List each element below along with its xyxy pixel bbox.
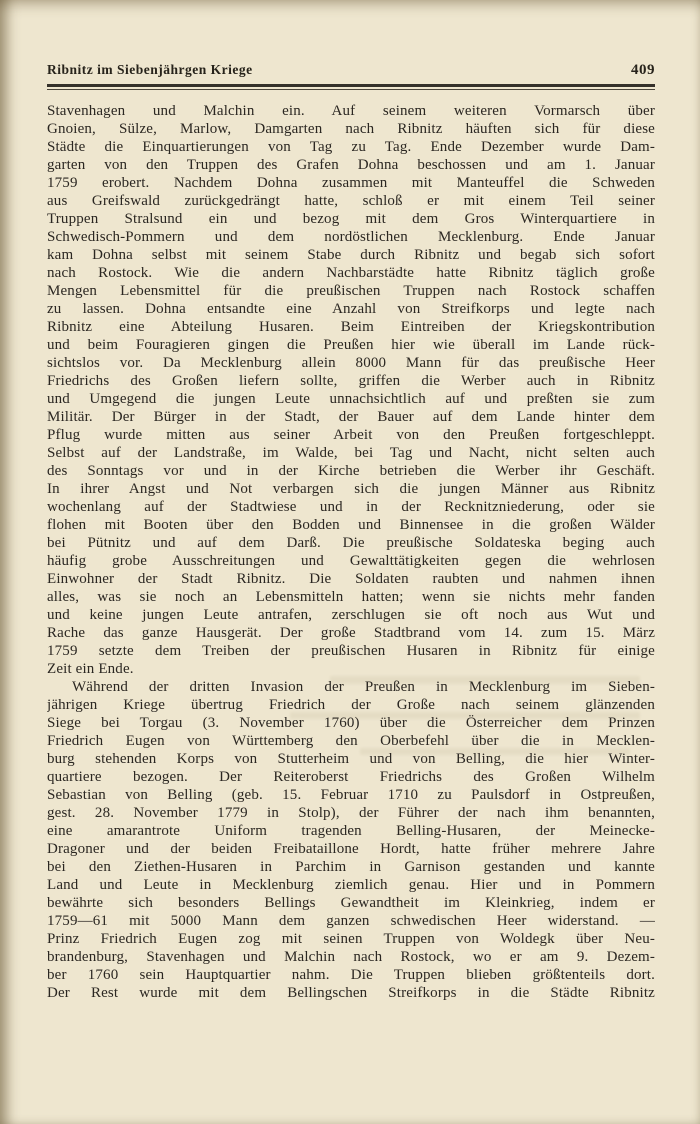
text-line: und keine jungen Leute antrafen, zerschl… [47, 606, 655, 624]
page-header: Ribnitz im Siebenjährgen Kriege 409 [47, 62, 655, 79]
header-rule [47, 84, 655, 90]
text-line: 1759 setzte dem Treiben der preußischen … [47, 642, 655, 660]
text-line: Sebastian von Belling (geb. 15. Februar … [47, 786, 655, 804]
text-line: Städte die Einquartierungen von Tag zu T… [47, 138, 655, 156]
text-line: Einwohner der Stadt Ribnitz. Die Soldate… [47, 570, 655, 588]
text-line: sichtslos vor. Da Mecklenburg allein 800… [47, 354, 655, 372]
text-line: Während der dritten Invasion der Preußen… [47, 678, 655, 696]
text-line: burg stehenden Korps von Stutterheim und… [47, 750, 655, 768]
text-line: Friedrich Eugen von Württemberg den Ober… [47, 732, 655, 750]
text-line: aus Greifswald zurückgedrängt hatte, sch… [47, 192, 655, 210]
text-line: Ribnitz eine Abteilung Husaren. Beim Ein… [47, 318, 655, 336]
text-line: und beim Fouragieren gingen die Preußen … [47, 336, 655, 354]
text-line: Siege bei Torgau (3. November 1760) über… [47, 714, 655, 732]
text-line: Gnoien, Sülze, Marlow, Damgarten nach Ri… [47, 120, 655, 138]
text-line: alles, was sie noch an Lebensmitteln hat… [47, 588, 655, 606]
text-line: flohen mit Booten über den Bodden und Bi… [47, 516, 655, 534]
page-number: 409 [631, 62, 655, 79]
text-line: Stavenhagen und Malchin ein. Auf seinem … [47, 102, 655, 120]
text-line: Prinz Friedrich Eugen zog mit seinen Tru… [47, 930, 655, 948]
text-line: Pflug wurde mitten aus seiner Arbeit von… [47, 426, 655, 444]
text-line: Schwedisch-Pommern und dem nordöstlichen… [47, 228, 655, 246]
text-line: Zeit ein Ende. [47, 660, 655, 678]
text-line: ber 1760 sein Hauptquartier nahm. Die Tr… [47, 966, 655, 984]
text-line: eine amarantrote Uniform tragenden Belli… [47, 822, 655, 840]
header-rule-thick [47, 84, 655, 87]
text-line: garten von den Truppen des Grafen Dohna … [47, 156, 655, 174]
running-title: Ribnitz im Siebenjährgen Kriege [47, 62, 253, 78]
book-page-scan: Ribnitz im Siebenjährgen Kriege 409 Stav… [0, 0, 700, 1124]
text-line: Militär. Der Bürger in der Stadt, der Ba… [47, 408, 655, 426]
text-line: häufig grobe Ausschreitungen und Gewaltt… [47, 552, 655, 570]
body-text: Stavenhagen und Malchin ein. Auf seinem … [47, 102, 655, 1002]
text-line: Mengen Lebensmittel für die preußischen … [47, 282, 655, 300]
text-line: Dragoner und der beiden Freibataillone H… [47, 840, 655, 858]
text-line: Friedrichs des Großen liefern sollte, gr… [47, 372, 655, 390]
text-line: Rache das ganze Hausgerät. Der große Sta… [47, 624, 655, 642]
text-line: gest. 28. November 1779 in Stolp), der F… [47, 804, 655, 822]
text-line: bei den Ziethen-Husaren in Parchim in Ga… [47, 858, 655, 876]
text-line: Selbst auf der Landstraße, im Walde, bei… [47, 444, 655, 462]
text-line: In ihrer Angst und Not verbargen sich di… [47, 480, 655, 498]
text-line: brandenburg, Stavenhagen und Malchin nac… [47, 948, 655, 966]
text-line: jährigen Kriege übertrug Friedrich der G… [47, 696, 655, 714]
text-line: des Sonntags vor und in der Kirche betri… [47, 462, 655, 480]
text-line: bewährte sich besonders Bellings Gewandt… [47, 894, 655, 912]
text-line: zu lassen. Dohna entsandte eine Anzahl v… [47, 300, 655, 318]
text-line: nach Rostock. Wie die andern Nachbarstäd… [47, 264, 655, 282]
text-line: kam Dohna selbst mit seinem Stabe durch … [47, 246, 655, 264]
text-line: Truppen Stralsund ein und bezog mit dem … [47, 210, 655, 228]
text-line: und Umgegend die jungen Leute unnachsich… [47, 390, 655, 408]
text-line: Der Rest wurde mit dem Bellingschen Stre… [47, 984, 655, 1002]
text-line: 1759 erobert. Nachdem Dohna zusammen mit… [47, 174, 655, 192]
text-line: wochenlang auf der Stadtwiese und in der… [47, 498, 655, 516]
page-content: Ribnitz im Siebenjährgen Kriege 409 Stav… [47, 62, 655, 1002]
text-line: Land und Leute in Mecklenburg ziemlich g… [47, 876, 655, 894]
text-line: 1759—61 mit 5000 Mann dem ganzen schwedi… [47, 912, 655, 930]
text-line: bei Pütnitz und auf dem Darß. Die preußi… [47, 534, 655, 552]
header-rule-thin [47, 89, 655, 90]
text-line: quartiere bezogen. Der Reiteroberst Frie… [47, 768, 655, 786]
